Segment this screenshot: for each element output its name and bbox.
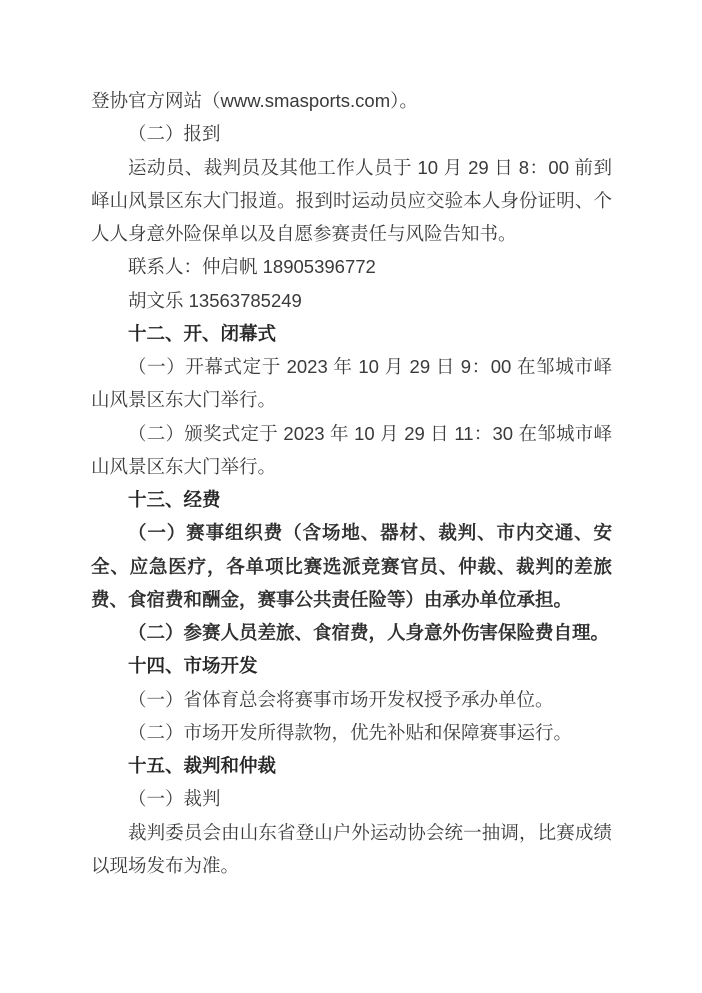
paragraph: （一）省体育总会将赛事市场开发权授予承办单位。 xyxy=(91,683,612,716)
paragraph: （一）开幕式定于 2023 年 10 月 29 日 9：00 在邹城市峄山风景区… xyxy=(91,350,612,417)
paragraph: （二）颁奖式定于 2023 年 10 月 29 日 11：30 在邹城市峄山风景… xyxy=(91,417,612,484)
paragraph: 运动员、裁判员及其他工作人员于 10 月 29 日 8：00 前到峄山风景区东大… xyxy=(91,151,612,251)
paragraph: 登协官方网站（www.smasports.com）。 xyxy=(91,84,612,117)
section-heading: 十三、经费 xyxy=(91,483,612,516)
paragraph: 胡文乐 13563785249 xyxy=(91,284,612,317)
section-heading: 十四、市场开发 xyxy=(91,649,612,682)
section-heading: 十五、裁判和仲裁 xyxy=(91,749,612,782)
paragraph: （二）参赛人员差旅、食宿费，人身意外伤害保险费自理。 xyxy=(91,616,612,649)
section-heading: 十二、开、闭幕式 xyxy=(91,317,612,350)
paragraph: （二）报到 xyxy=(91,117,612,150)
paragraph: 联系人：仲启帆 18905396772 xyxy=(91,250,612,283)
paragraph: （二）市场开发所得款物，优先补贴和保障赛事运行。 xyxy=(91,716,612,749)
document-content: 登协官方网站（www.smasports.com）。（二）报到运动员、裁判员及其… xyxy=(91,84,612,882)
paragraph: 裁判委员会由山东省登山户外运动协会统一抽调，比赛成绩以现场发布为准。 xyxy=(91,816,612,883)
paragraph: （一）裁判 xyxy=(91,782,612,815)
document-page: 登协官方网站（www.smasports.com）。（二）报到运动员、裁判员及其… xyxy=(0,0,702,993)
paragraph: （一）赛事组织费（含场地、器材、裁判、市内交通、安全、应急医疗，各单项比赛选派竞… xyxy=(91,516,612,616)
